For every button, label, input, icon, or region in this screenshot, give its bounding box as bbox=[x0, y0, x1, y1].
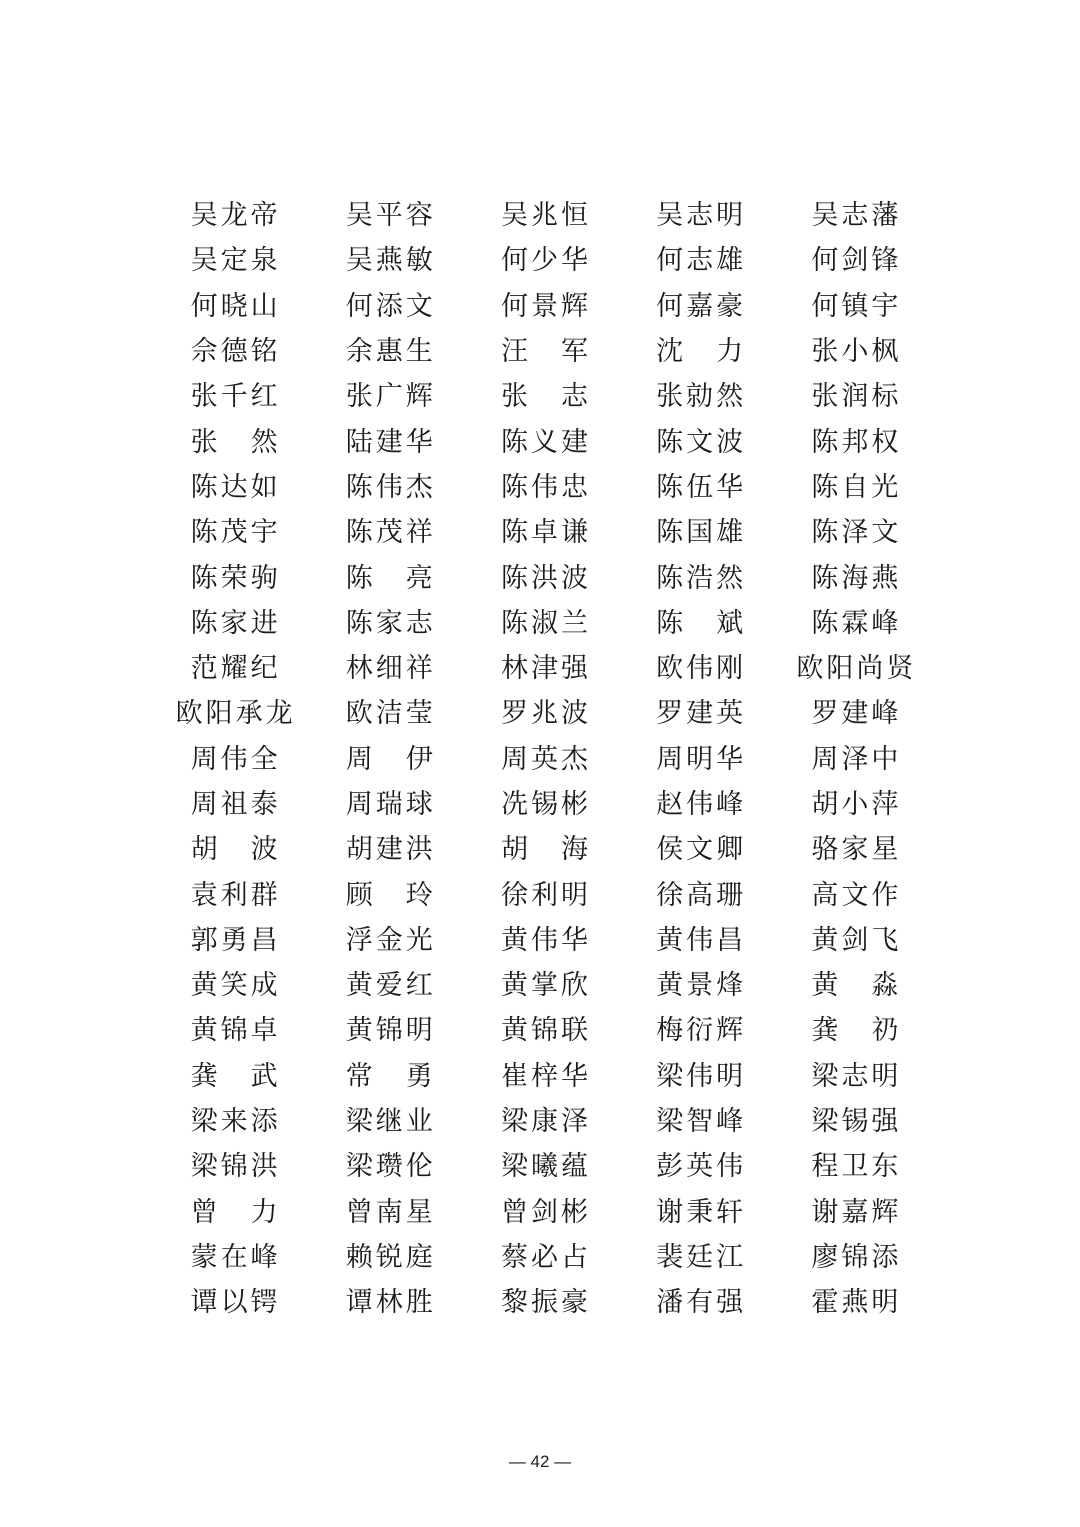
person-name: 张千红 bbox=[158, 374, 313, 419]
person-name: 吴志藩 bbox=[779, 193, 934, 238]
name-row: 龚 武常 勇崔梓华梁伟明梁志明 bbox=[158, 1054, 934, 1099]
person-name: 梁曦蕴 bbox=[468, 1144, 623, 1189]
name-list-grid: 吴龙帝吴平容吴兆恒吴志明吴志藩吴定泉吴燕敏何少华何志雄何剑锋何晓山何添文何景辉何… bbox=[158, 193, 934, 1325]
person-name: 陈达如 bbox=[158, 465, 313, 510]
person-name: 吴志明 bbox=[624, 193, 779, 238]
name-row: 欧阳承龙欧洁莹罗兆波罗建英罗建峰 bbox=[158, 691, 934, 736]
person-name: 周明华 bbox=[624, 737, 779, 782]
name-row: 梁来添梁继业梁康泽梁智峰梁锡强 bbox=[158, 1099, 934, 1144]
name-row: 吴定泉吴燕敏何少华何志雄何剑锋 bbox=[158, 238, 934, 283]
person-name: 常 勇 bbox=[313, 1054, 468, 1099]
person-name: 谭以锷 bbox=[158, 1280, 313, 1325]
person-name: 林细祥 bbox=[313, 646, 468, 691]
name-row: 张 然陆建华陈义建陈文波陈邦权 bbox=[158, 419, 934, 464]
person-name: 陈 亮 bbox=[313, 556, 468, 601]
person-name: 梁智峰 bbox=[624, 1099, 779, 1144]
person-name: 陈 斌 bbox=[624, 601, 779, 646]
name-row: 黄锦卓黄锦明黄锦联梅衍辉龚 礽 bbox=[158, 1008, 934, 1053]
name-row: 胡 波胡建洪胡 海侯文卿骆家星 bbox=[158, 827, 934, 872]
person-name: 蒙在峰 bbox=[158, 1235, 313, 1280]
person-name: 陈国雄 bbox=[624, 510, 779, 555]
person-name: 陈淑兰 bbox=[468, 601, 623, 646]
person-name: 张勍然 bbox=[624, 374, 779, 419]
name-row: 吴龙帝吴平容吴兆恒吴志明吴志藩 bbox=[158, 193, 934, 238]
person-name: 陈海燕 bbox=[779, 556, 934, 601]
person-name: 梁瓒伦 bbox=[313, 1144, 468, 1189]
person-name: 黄锦卓 bbox=[158, 1008, 313, 1053]
person-name: 吴平容 bbox=[313, 193, 468, 238]
person-name: 龚 礽 bbox=[779, 1008, 934, 1053]
person-name: 周英杰 bbox=[468, 737, 623, 782]
name-row: 周祖泰周瑞球冼锡彬赵伟峰胡小萍 bbox=[158, 782, 934, 827]
person-name: 彭英伟 bbox=[624, 1144, 779, 1189]
person-name: 何景辉 bbox=[468, 284, 623, 329]
person-name: 潘有强 bbox=[624, 1280, 779, 1325]
document-page: 吴龙帝吴平容吴兆恒吴志明吴志藩吴定泉吴燕敏何少华何志雄何剑锋何晓山何添文何景辉何… bbox=[0, 0, 1080, 1527]
person-name: 黄伟华 bbox=[468, 918, 623, 963]
person-name: 梁锦洪 bbox=[158, 1144, 313, 1189]
person-name: 林津强 bbox=[468, 646, 623, 691]
person-name: 张广辉 bbox=[313, 374, 468, 419]
person-name: 余惠生 bbox=[313, 329, 468, 374]
page-number: — 42 — bbox=[0, 1452, 1080, 1472]
name-row: 黄笑成黄爱红黄掌欣黄景烽黄 淼 bbox=[158, 963, 934, 1008]
name-row: 佘德铭余惠生汪 军沈 力张小枫 bbox=[158, 329, 934, 374]
person-name: 陈自光 bbox=[779, 465, 934, 510]
name-row: 陈达如陈伟杰陈伟忠陈伍华陈自光 bbox=[158, 465, 934, 510]
person-name: 侯文卿 bbox=[624, 827, 779, 872]
person-name: 沈 力 bbox=[624, 329, 779, 374]
person-name: 周瑞球 bbox=[313, 782, 468, 827]
person-name: 陈浩然 bbox=[624, 556, 779, 601]
person-name: 徐高珊 bbox=[624, 873, 779, 918]
person-name: 梁伟明 bbox=[624, 1054, 779, 1099]
person-name: 吴龙帝 bbox=[158, 193, 313, 238]
name-row: 郭勇昌浮金光黄伟华黄伟昌黄剑飞 bbox=[158, 918, 934, 963]
name-row: 张千红张广辉张 志张勍然张润标 bbox=[158, 374, 934, 419]
person-name: 霍燕明 bbox=[779, 1280, 934, 1325]
person-name: 周伟全 bbox=[158, 737, 313, 782]
person-name: 欧阳尚贤 bbox=[779, 646, 934, 691]
person-name: 陈家志 bbox=[313, 601, 468, 646]
person-name: 梁来添 bbox=[158, 1099, 313, 1144]
person-name: 廖锦添 bbox=[779, 1235, 934, 1280]
person-name: 周祖泰 bbox=[158, 782, 313, 827]
person-name: 陈伟杰 bbox=[313, 465, 468, 510]
person-name: 欧伟刚 bbox=[624, 646, 779, 691]
person-name: 黄锦明 bbox=[313, 1008, 468, 1053]
person-name: 赖锐庭 bbox=[313, 1235, 468, 1280]
person-name: 梁继业 bbox=[313, 1099, 468, 1144]
person-name: 何镇宇 bbox=[779, 284, 934, 329]
person-name: 陈家进 bbox=[158, 601, 313, 646]
name-row: 梁锦洪梁瓒伦梁曦蕴彭英伟程卫东 bbox=[158, 1144, 934, 1189]
person-name: 何添文 bbox=[313, 284, 468, 329]
person-name: 张 然 bbox=[158, 420, 313, 465]
person-name: 黄 淼 bbox=[779, 963, 934, 1008]
person-name: 何少华 bbox=[468, 238, 623, 283]
person-name: 黄剑飞 bbox=[779, 918, 934, 963]
person-name: 张小枫 bbox=[779, 329, 934, 374]
person-name: 胡小萍 bbox=[779, 782, 934, 827]
name-row: 蒙在峰赖锐庭蔡必占裴廷江廖锦添 bbox=[158, 1235, 934, 1280]
person-name: 梁志明 bbox=[779, 1054, 934, 1099]
person-name: 周 伊 bbox=[313, 737, 468, 782]
person-name: 陈伍华 bbox=[624, 465, 779, 510]
person-name: 谢嘉辉 bbox=[779, 1190, 934, 1235]
person-name: 梁锡强 bbox=[779, 1099, 934, 1144]
person-name: 蔡必占 bbox=[468, 1235, 623, 1280]
person-name: 何嘉豪 bbox=[624, 284, 779, 329]
name-row: 陈家进陈家志陈淑兰陈 斌陈霖峰 bbox=[158, 601, 934, 646]
person-name: 范耀纪 bbox=[158, 646, 313, 691]
person-name: 谭林胜 bbox=[313, 1280, 468, 1325]
person-name: 梁康泽 bbox=[468, 1099, 623, 1144]
name-row: 陈茂宇陈茂祥陈卓谦陈国雄陈泽文 bbox=[158, 510, 934, 555]
person-name: 黄伟昌 bbox=[624, 918, 779, 963]
person-name: 佘德铭 bbox=[158, 329, 313, 374]
person-name: 顾 玲 bbox=[313, 873, 468, 918]
person-name: 谢秉轩 bbox=[624, 1190, 779, 1235]
person-name: 裴廷江 bbox=[624, 1235, 779, 1280]
person-name: 吴兆恒 bbox=[468, 193, 623, 238]
person-name: 罗建峰 bbox=[779, 691, 934, 736]
person-name: 罗建英 bbox=[624, 691, 779, 736]
person-name: 黄景烽 bbox=[624, 963, 779, 1008]
person-name: 崔梓华 bbox=[468, 1054, 623, 1099]
name-row: 谭以锷谭林胜黎振豪潘有强霍燕明 bbox=[158, 1280, 934, 1325]
person-name: 冼锡彬 bbox=[468, 782, 623, 827]
person-name: 曾剑彬 bbox=[468, 1190, 623, 1235]
person-name: 黄锦联 bbox=[468, 1008, 623, 1053]
person-name: 黄爱红 bbox=[313, 963, 468, 1008]
person-name: 黄掌欣 bbox=[468, 963, 623, 1008]
person-name: 赵伟峰 bbox=[624, 782, 779, 827]
person-name: 高文作 bbox=[779, 873, 934, 918]
person-name: 吴定泉 bbox=[158, 238, 313, 283]
person-name: 何剑锋 bbox=[779, 238, 934, 283]
person-name: 陈文波 bbox=[624, 420, 779, 465]
person-name: 陈洪波 bbox=[468, 556, 623, 601]
person-name: 陈邦权 bbox=[779, 420, 934, 465]
person-name: 陈荣驹 bbox=[158, 556, 313, 601]
person-name: 骆家星 bbox=[779, 827, 934, 872]
person-name: 郭勇昌 bbox=[158, 918, 313, 963]
name-row: 曾 力曾南星曾剑彬谢秉轩谢嘉辉 bbox=[158, 1190, 934, 1235]
person-name: 陈义建 bbox=[468, 420, 623, 465]
person-name: 张润标 bbox=[779, 374, 934, 419]
person-name: 龚 武 bbox=[158, 1054, 313, 1099]
person-name: 黄笑成 bbox=[158, 963, 313, 1008]
name-row: 何晓山何添文何景辉何嘉豪何镇宇 bbox=[158, 284, 934, 329]
person-name: 张 志 bbox=[468, 374, 623, 419]
person-name: 浮金光 bbox=[313, 918, 468, 963]
person-name: 曾南星 bbox=[313, 1190, 468, 1235]
person-name: 周泽中 bbox=[779, 737, 934, 782]
person-name: 欧洁莹 bbox=[313, 691, 468, 736]
person-name: 徐利明 bbox=[468, 873, 623, 918]
person-name: 曾 力 bbox=[158, 1190, 313, 1235]
person-name: 胡 海 bbox=[468, 827, 623, 872]
person-name: 黎振豪 bbox=[468, 1280, 623, 1325]
person-name: 陈伟忠 bbox=[468, 465, 623, 510]
person-name: 袁利群 bbox=[158, 873, 313, 918]
person-name: 吴燕敏 bbox=[313, 238, 468, 283]
person-name: 何志雄 bbox=[624, 238, 779, 283]
person-name: 欧阳承龙 bbox=[158, 691, 313, 736]
person-name: 胡 波 bbox=[158, 827, 313, 872]
person-name: 程卫东 bbox=[779, 1144, 934, 1189]
person-name: 罗兆波 bbox=[468, 691, 623, 736]
name-row: 范耀纪林细祥林津强欧伟刚欧阳尚贤 bbox=[158, 646, 934, 691]
person-name: 陈泽文 bbox=[779, 510, 934, 555]
person-name: 汪 军 bbox=[468, 329, 623, 374]
person-name: 胡建洪 bbox=[313, 827, 468, 872]
person-name: 陈霖峰 bbox=[779, 601, 934, 646]
person-name: 陈茂宇 bbox=[158, 510, 313, 555]
person-name: 何晓山 bbox=[158, 284, 313, 329]
name-row: 陈荣驹陈 亮陈洪波陈浩然陈海燕 bbox=[158, 555, 934, 600]
person-name: 陈卓谦 bbox=[468, 510, 623, 555]
person-name: 陈茂祥 bbox=[313, 510, 468, 555]
person-name: 陆建华 bbox=[313, 420, 468, 465]
person-name: 梅衍辉 bbox=[624, 1008, 779, 1053]
name-row: 周伟全周 伊周英杰周明华周泽中 bbox=[158, 737, 934, 782]
name-row: 袁利群顾 玲徐利明徐高珊高文作 bbox=[158, 872, 934, 917]
